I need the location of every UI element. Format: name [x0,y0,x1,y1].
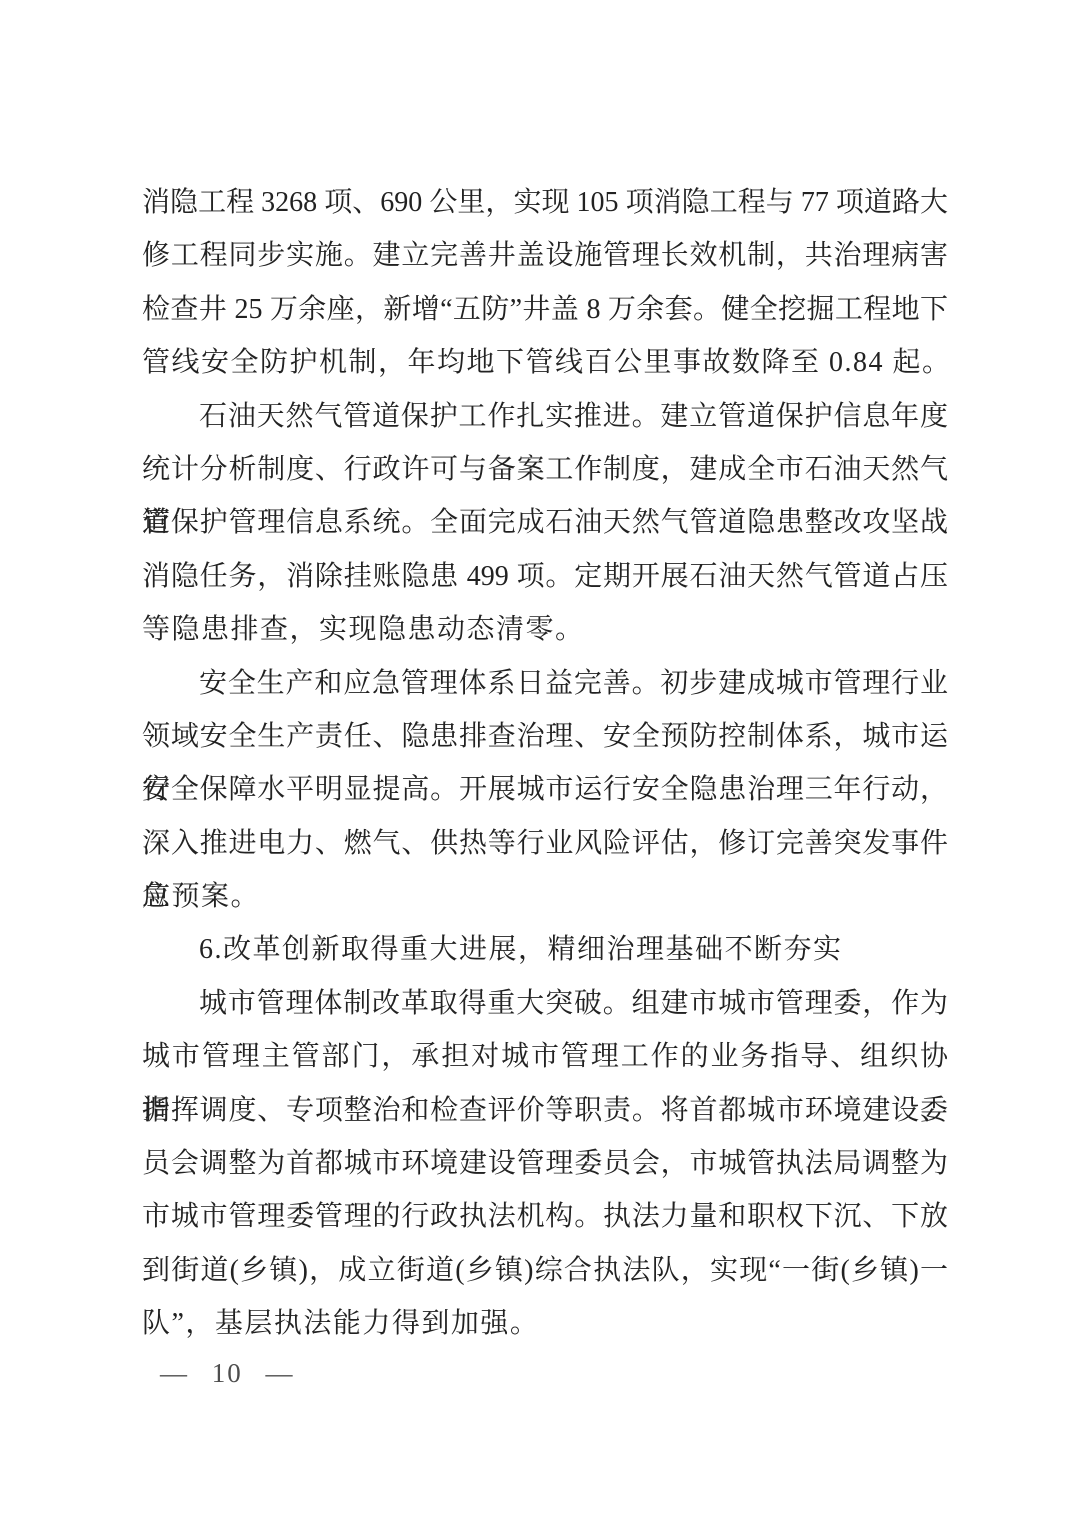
text-line: 城市管理主管部门，承担对城市管理工作的业务指导、组织协调、 [142,1030,948,1083]
text-line: 消隐工程 3268 项、690 公里，实现 105 项消隐工程与 77 项道路大 [142,176,948,229]
text-line: 安全生产和应急管理体系日益完善。初步建成城市管理行业 [142,657,948,710]
text-line: 统计分析制度、行政许可与备案工作制度，建成全市石油天然气管 [142,443,948,496]
para-oil-gas-pipeline-protection: 石油天然气管道保护工作扎实推进。建立管道保护信息年度统计分析制度、行政许可与备案… [142,390,948,657]
text-line: 城市管理体制改革取得重大突破。组建市城市管理委，作为 [142,977,948,1030]
text-line: 领域安全生产责任、隐患排查治理、安全预防控制体系，城市运行 [142,710,948,763]
text-line: 检查井 25 万余座，新增“五防”井盖 8 万余套。健全挖掘工程地下 [142,283,948,336]
text-line: 修工程同步实施。建立完善井盖设施管理长效机制，共治理病害 [142,229,948,282]
text-line: 等隐患排查，实现隐患动态清零。 [142,603,948,656]
page-number: — 10 — [160,1347,295,1400]
text-line: 急预案。 [142,870,948,923]
section-heading-line: 6.改革创新取得重大进展，精细治理基础不断夯实 [142,923,948,976]
text-line: 指挥调度、专项整治和检查评价等职责。将首都城市环境建设委 [142,1084,948,1137]
document-text: 消隐工程 3268 项、690 公里，实现 105 项消隐工程与 77 项道路大… [142,176,948,1351]
text-line: 安全保障水平明显提高。开展城市运行安全隐患治理三年行动， [142,763,948,816]
text-line: 石油天然气管道保护工作扎实推进。建立管道保护信息年度 [142,390,948,443]
text-line: 市城市管理委管理的行政执法机构。执法力量和职权下沉、下放 [142,1190,948,1243]
text-line: 深入推进电力、燃气、供热等行业风险评估，修订完善突发事件应 [142,817,948,870]
para-safety-emergency-system: 安全生产和应急管理体系日益完善。初步建成城市管理行业领域安全生产责任、隐患排查治… [142,657,948,924]
text-line: 队”，基层执法能力得到加强。 [142,1297,948,1350]
text-line: 消隐任务，消除挂账隐患 499 项。定期开展石油天然气管道占压 [142,550,948,603]
document-page: 消隐工程 3268 项、690 公里，实现 105 项消隐工程与 77 项道路大… [0,0,1080,1527]
heading-section-6-reform-innovation: 6.改革创新取得重大进展，精细治理基础不断夯实 [142,923,948,976]
para-road-hazard-projects: 消隐工程 3268 项、690 公里，实现 105 项消隐工程与 77 项道路大… [142,176,948,390]
text-line: 到街道(乡镇)，成立街道(乡镇)综合执法队，实现“一街(乡镇)一 [142,1244,948,1297]
text-line: 管线安全防护机制，年均地下管线百公里事故数降至 0.84 起。 [142,336,948,389]
para-management-system-reform: 城市管理体制改革取得重大突破。组建市城市管理委，作为城市管理主管部门，承担对城市… [142,977,948,1351]
text-line: 道保护管理信息系统。全面完成石油天然气管道隐患整改攻坚战 [142,496,948,549]
text-line: 员会调整为首都城市环境建设管理委员会，市城管执法局调整为 [142,1137,948,1190]
